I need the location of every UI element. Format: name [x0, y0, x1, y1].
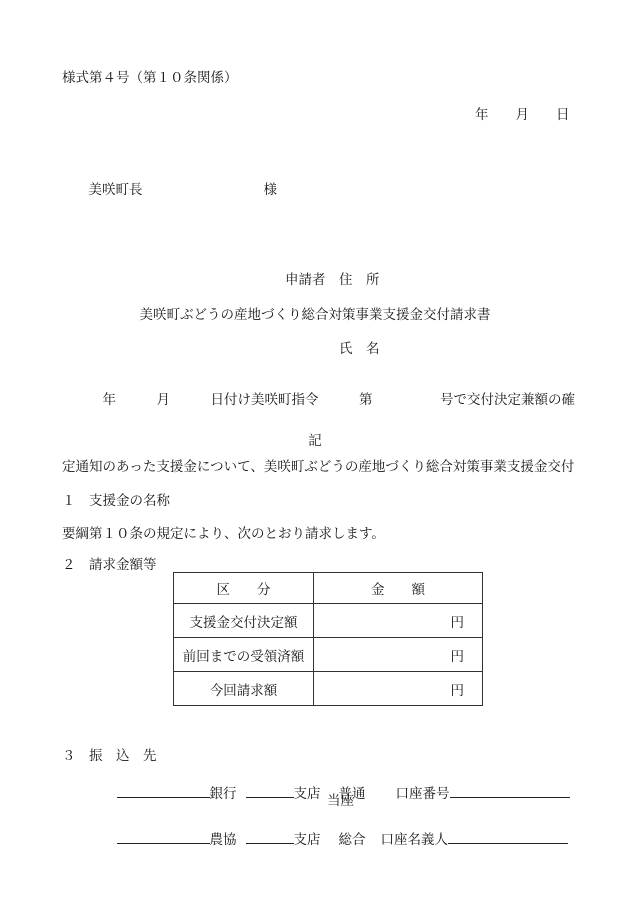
ja-label: 農協: [210, 832, 237, 847]
table-row: 今回請求額 円: [174, 672, 483, 706]
account-holder-label: 口座名義人: [381, 832, 449, 847]
row-label-current-request: 今回請求額: [174, 672, 314, 706]
account-type-sogo: 総合: [339, 832, 366, 847]
addressee-name: 美咲町長: [89, 182, 143, 197]
ja-branch-name-blank: [246, 830, 294, 844]
account-number-label: 口座番号: [396, 786, 450, 801]
section-1-heading: １ 支援金の名称: [62, 489, 170, 509]
honorific: 様: [264, 182, 278, 197]
branch-name-blank: [246, 784, 294, 798]
addressee-line: 美咲町長様: [75, 162, 277, 214]
header-category: 区 分: [174, 573, 314, 604]
section-2-heading: ２ 請求金額等: [62, 553, 157, 573]
note-marker: 記: [0, 429, 630, 449]
document-title: 美咲町ぶどうの産地づくり総合対策事業支援金交付請求書: [0, 303, 630, 323]
row-label-received-amount: 前回までの受領済額: [174, 638, 314, 672]
ja-name-blank: [117, 830, 210, 844]
bank-name-blank: [117, 784, 210, 798]
section-3-heading: ３ 振 込 先: [62, 744, 157, 764]
body-line-2: 定通知のあった支援金について、美咲町ぶどうの産地づくり総合対策事業支援金交付: [62, 456, 582, 478]
row-value-decided-amount: 円: [314, 604, 483, 638]
row-value-received-amount: 円: [314, 638, 483, 672]
document-page: 様式第４号（第１０条関係） 年 月 日 美咲町長様 申請者 住 所 氏 名 美咲…: [0, 0, 630, 903]
transfer-ja-line: 農協支店総合口座名義人: [103, 812, 568, 864]
body-line-3: 要綱第１０条の規定により、次のとおり請求します。: [62, 523, 582, 545]
date-line: 年 月 日: [475, 103, 570, 123]
row-value-current-request: 円: [314, 672, 483, 706]
form-number: 様式第４号（第１０条関係）: [62, 66, 238, 86]
account-number-blank: [450, 784, 570, 798]
applicant-address-label: 申請者 住 所: [285, 268, 380, 291]
amount-table: 区 分 金 額 支援金交付決定額 円 前回までの受領済額 円 今回請求額 円: [173, 572, 483, 706]
ja-branch-label: 支店: [294, 832, 321, 847]
table-row: 前回までの受領済額 円: [174, 638, 483, 672]
table-row: 支援金交付決定額 円: [174, 604, 483, 638]
branch-label: 支店: [294, 786, 321, 801]
bank-label: 銀行: [210, 786, 237, 801]
account-holder-blank: [448, 830, 568, 844]
account-type-toza: 当座: [327, 789, 354, 809]
row-label-decided-amount: 支援金交付決定額: [174, 604, 314, 638]
table-header-row: 区 分 金 額: [174, 573, 483, 604]
body-line-1: 年 月 日付け美咲町指令 第 号で交付決定兼額の確: [62, 389, 582, 411]
header-amount: 金 額: [314, 573, 483, 604]
